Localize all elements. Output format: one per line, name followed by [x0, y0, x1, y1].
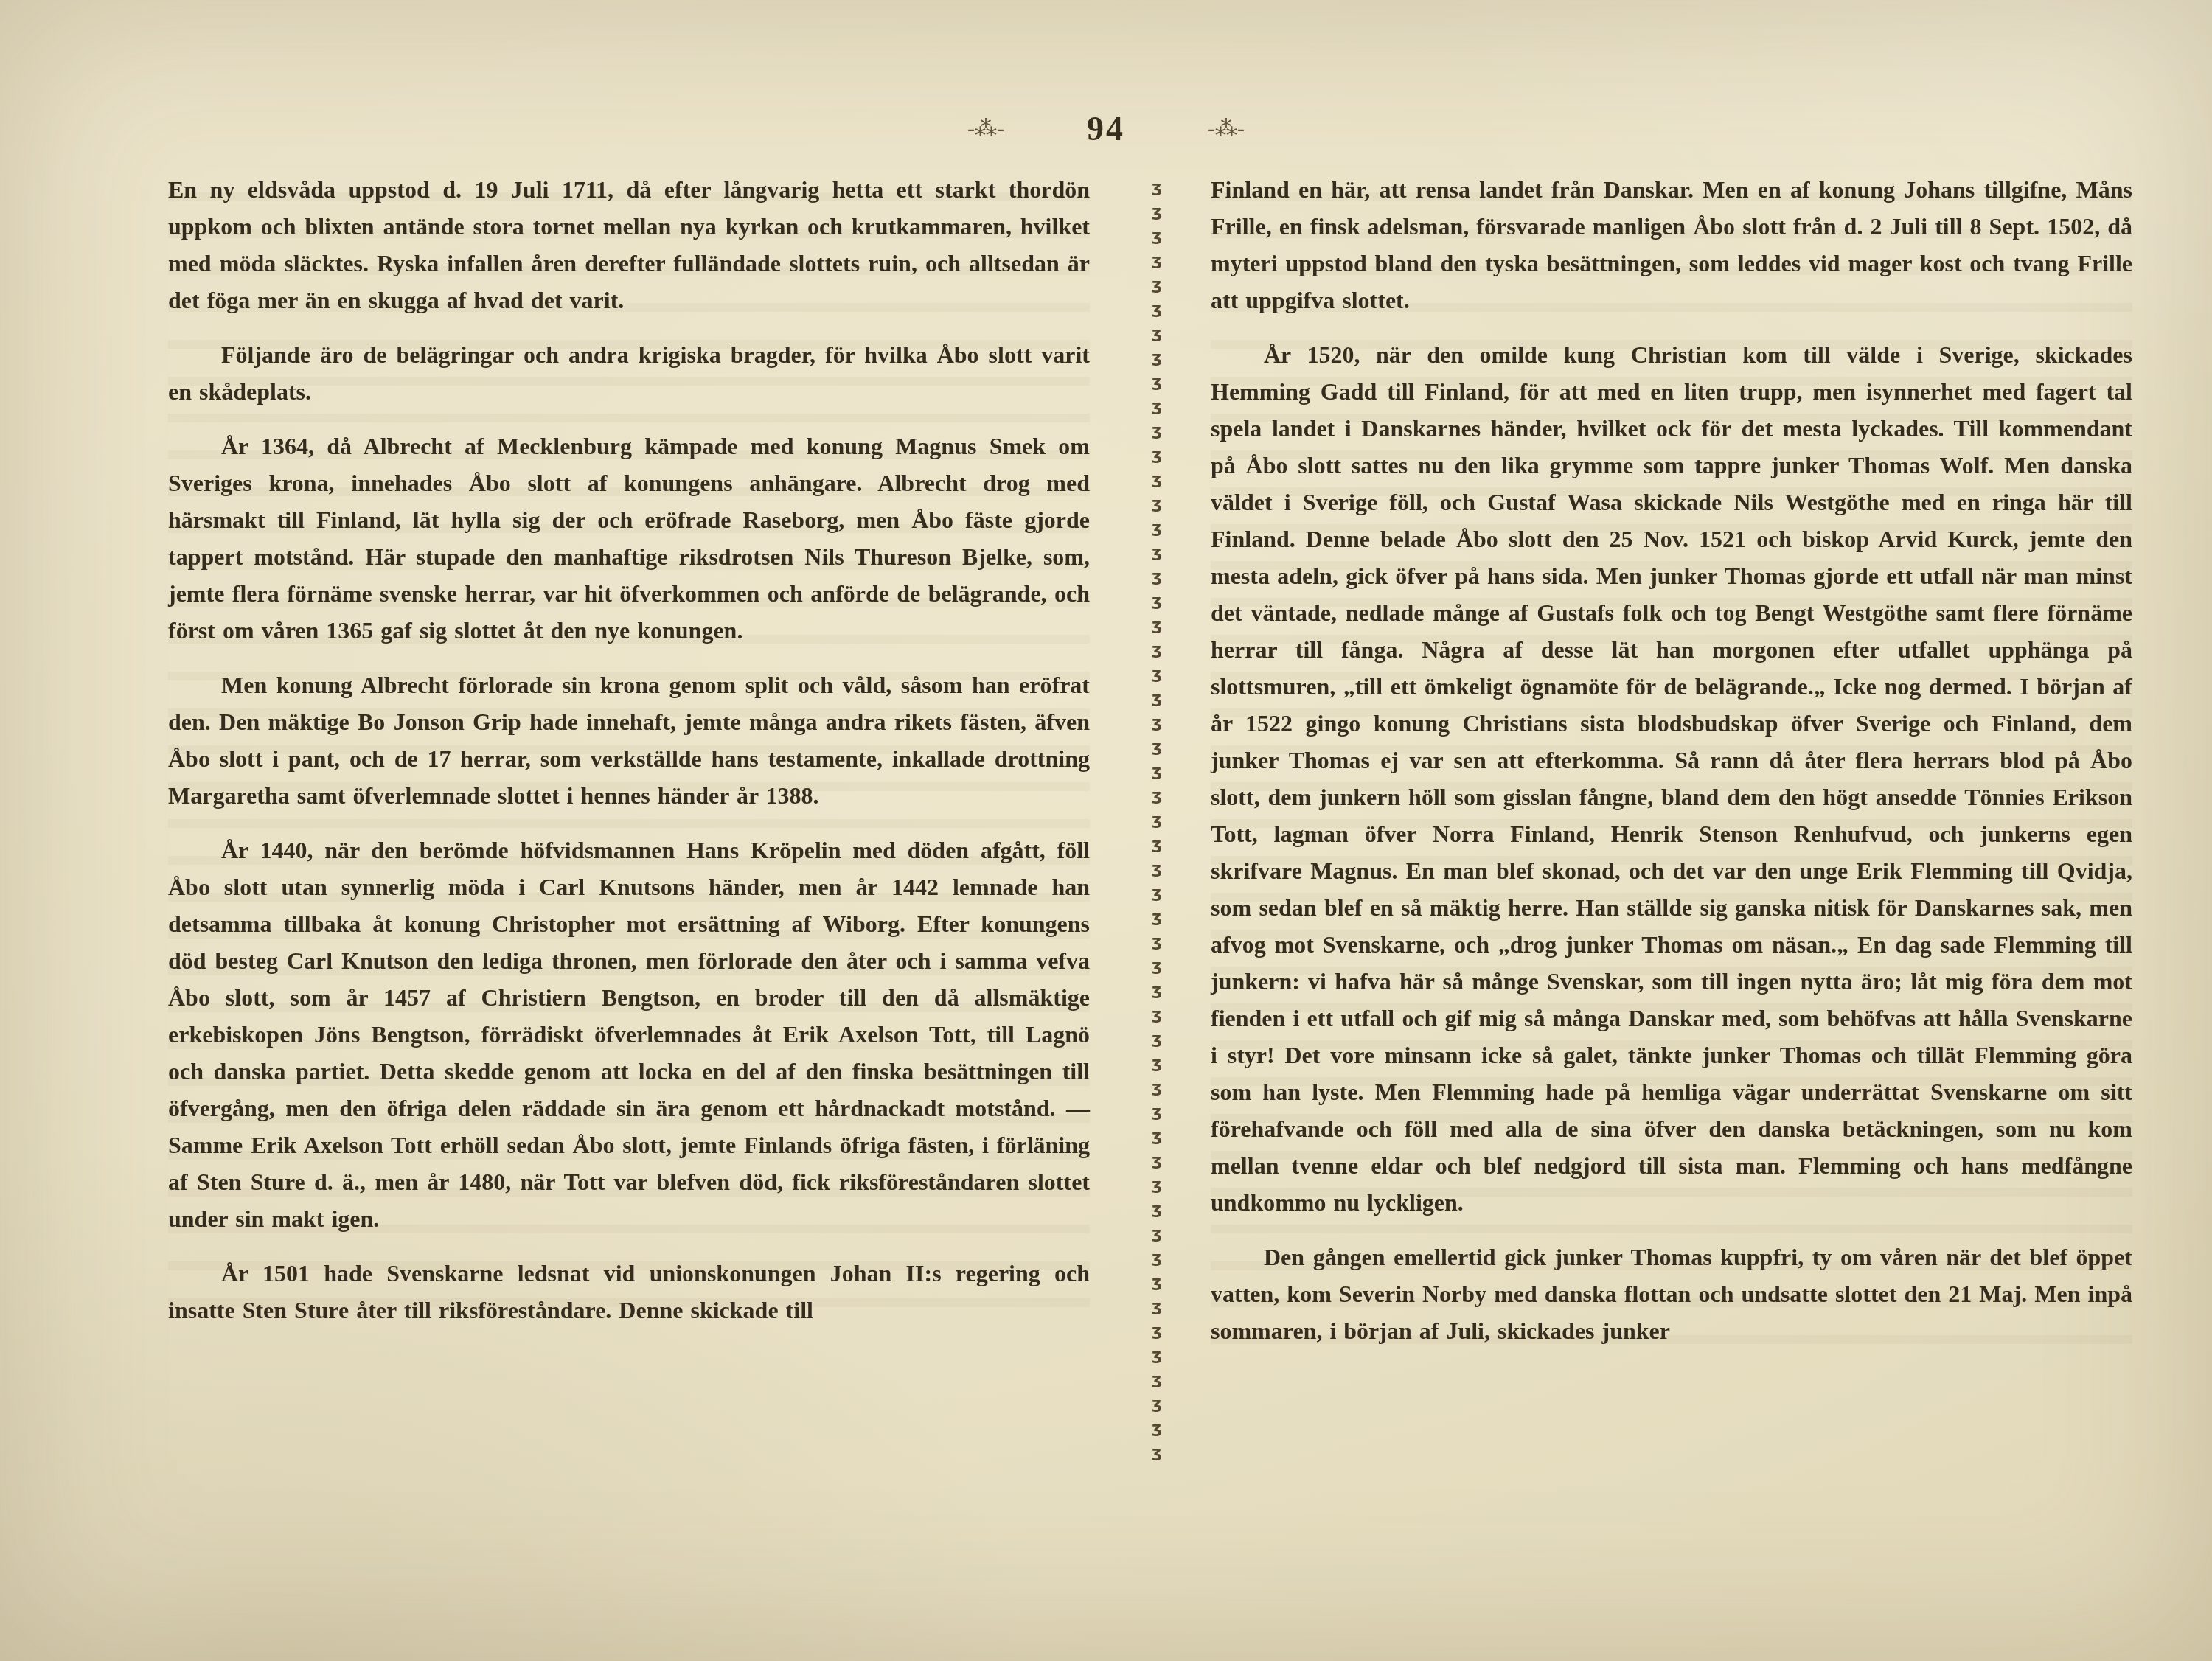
- left-column: En ny eldsvåda uppstod d. 19 Juli 1711, …: [168, 171, 1090, 1329]
- paragraph: Finland en här, att rensa landet från Da…: [1211, 171, 2132, 318]
- page-number: 94: [1087, 109, 1125, 148]
- paragraph: Den gången emellertid gick junker Thomas…: [1211, 1239, 2132, 1349]
- column-divider: ʒ ʒ ʒ ʒ ʒ ʒ ʒ ʒ ʒ ʒ ʒ ʒ ʒ ʒ ʒ ʒ ʒ ʒ ʒ ʒ …: [1146, 175, 1168, 1470]
- paragraph: År 1501 hade Svenskarne ledsnat vid unio…: [168, 1255, 1090, 1329]
- paragraph: En ny eldsvåda uppstod d. 19 Juli 1711, …: [168, 171, 1090, 318]
- paragraph: År 1440, när den berömde höfvidsmannen H…: [168, 832, 1090, 1237]
- page-header: -⁂- 94 -⁂-: [0, 109, 2212, 148]
- paragraph: Följande äro de belägringar och andra kr…: [168, 336, 1090, 410]
- paragraph: År 1364, då Albrecht af Mecklenburg kämp…: [168, 428, 1090, 649]
- asterism-ornament-right-icon: -⁂-: [1208, 116, 1245, 142]
- asterism-ornament-left-icon: -⁂-: [967, 116, 1004, 142]
- paragraph: År 1520, när den omilde kung Christian k…: [1211, 336, 2132, 1221]
- right-column: Finland en här, att rensa landet från Da…: [1211, 171, 2132, 1349]
- paragraph: Men konung Albrecht förlorade sin krona …: [168, 666, 1090, 814]
